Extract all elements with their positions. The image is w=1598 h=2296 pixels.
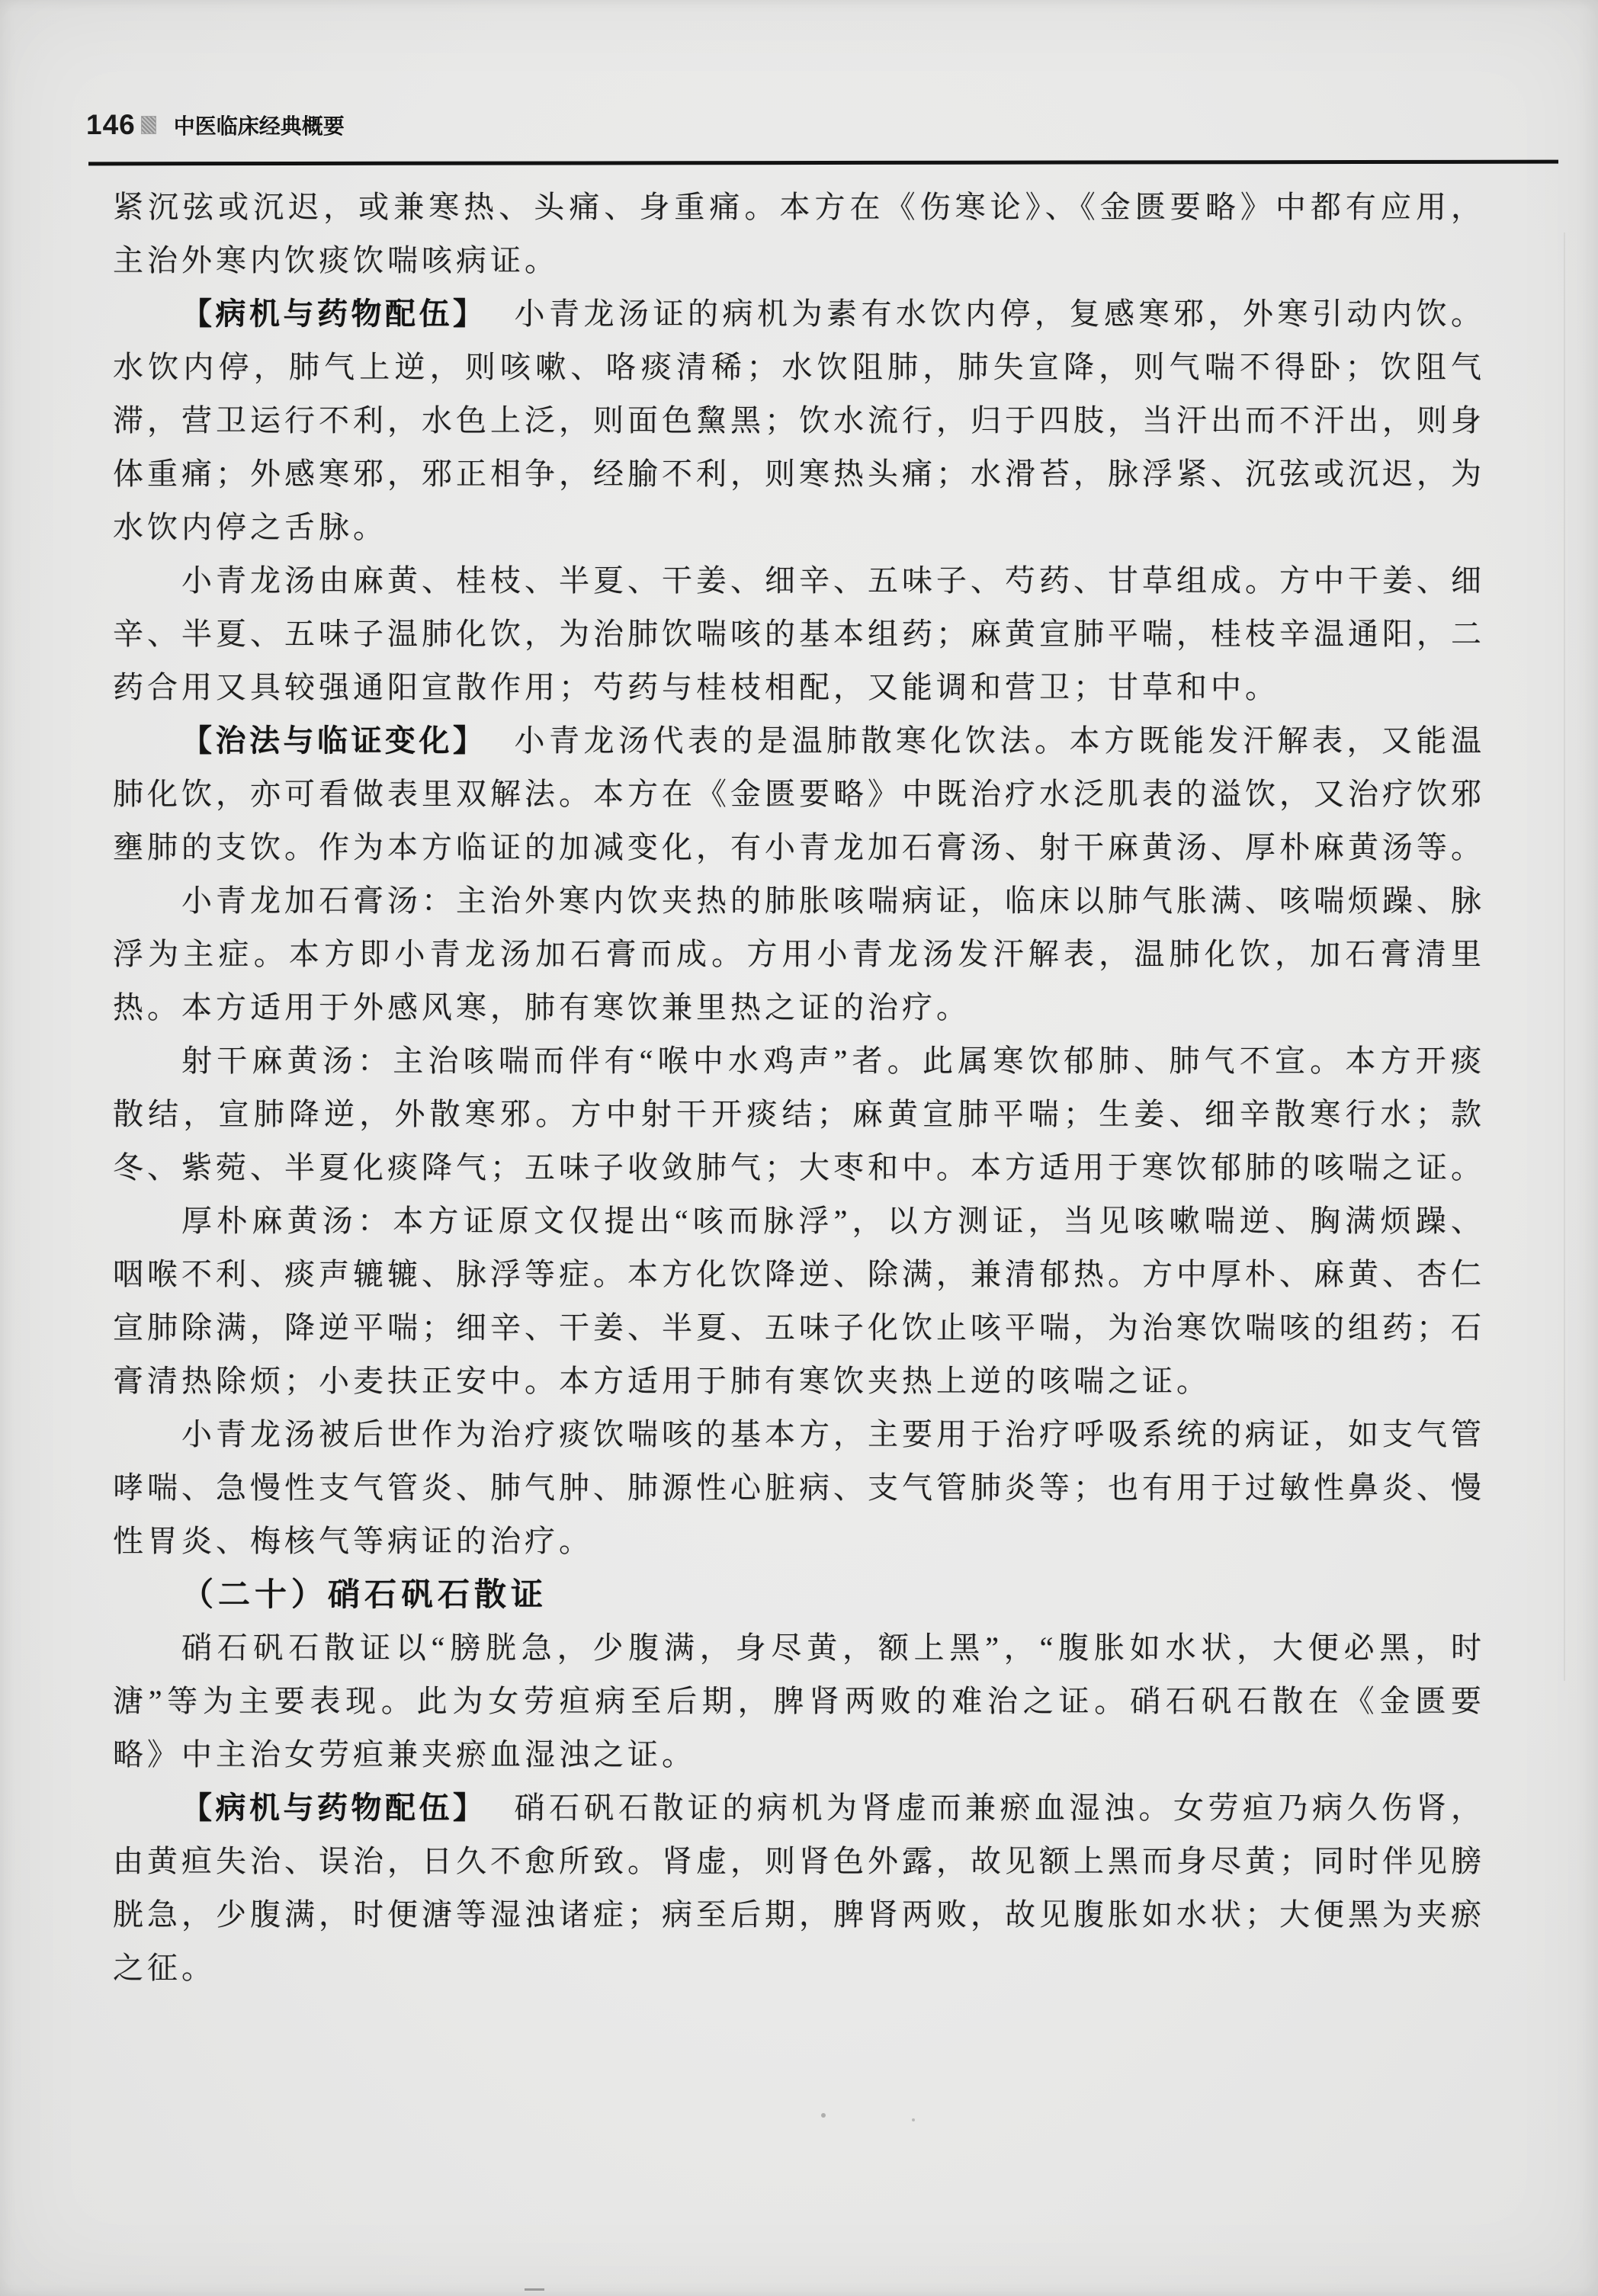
paragraph-text: 射干麻黄汤：主治咳喘而伴有“喉中水鸡声”者。此属寒饮郁肺、肺气不宣。本方开痰散结… bbox=[113, 1044, 1485, 1185]
paragraph: 小青龙汤由麻黄、桂枝、半夏、干姜、细辛、五味子、芍药、甘草组成。方中干姜、细辛、… bbox=[113, 554, 1485, 714]
header-ornament-icon bbox=[141, 116, 156, 134]
paragraph-text: 小青龙汤证的病机为素有水饮内停，复感寒邪，外寒引动内饮。水饮内停，肺气上逆，则咳… bbox=[113, 297, 1485, 544]
paragraph: 厚朴麻黄汤：本方证原文仅提出“咳而脉浮”，以方测证，当见咳嗽喘逆、胸满烦躁、咽喉… bbox=[113, 1194, 1485, 1408]
paragraph: 射干麻黄汤：主治咳喘而伴有“喉中水鸡声”者。此属寒饮郁肺、肺气不宣。本方开痰散结… bbox=[113, 1034, 1485, 1194]
paragraph-continuation: 紧沉弦或沉迟，或兼寒热、头痛、身重痛。本方在《伤寒论》、《金匮要略》中都有应用，… bbox=[113, 181, 1485, 287]
page-number: 146 bbox=[86, 109, 136, 141]
section-heading: （二十）硝石矾石散证 bbox=[113, 1568, 1485, 1621]
paragraph-text: 硝石矾石散证以“膀胱急，少腹满，身尽黄，额上黑”，“腹胀如水状，大便必黑，时溏”… bbox=[113, 1631, 1485, 1772]
paragraph-text: 小青龙汤被后世作为治疗痰饮喘咳的基本方，主要用于治疗呼吸系统的病证，如支气管哮喘… bbox=[113, 1417, 1485, 1558]
paragraph-text: 厚朴麻黄汤：本方证原文仅提出“咳而脉浮”，以方测证，当见咳嗽喘逆、胸满烦躁、咽喉… bbox=[113, 1204, 1485, 1398]
scan-artifact-dash bbox=[525, 2288, 544, 2291]
paragraph-text: 紧沉弦或沉迟，或兼寒热、头痛、身重痛。本方在《伤寒论》、《金匮要略》中都有应用，… bbox=[113, 190, 1485, 277]
paragraph: 小青龙汤被后世作为治疗痰饮喘咳的基本方，主要用于治疗呼吸系统的病证，如支气管哮喘… bbox=[113, 1408, 1485, 1568]
scan-artifact-line bbox=[1564, 232, 1565, 1681]
section-label: 【病机与药物配伍】 bbox=[181, 1791, 487, 1825]
page-header: 146 中医临床经典概要 bbox=[86, 109, 345, 141]
paragraph: 硝石矾石散证以“膀胱急，少腹满，身尽黄，额上黑”，“腹胀如水状，大便必黑，时溏”… bbox=[113, 1621, 1485, 1781]
page-body: 紧沉弦或沉迟，或兼寒热、头痛、身重痛。本方在《伤寒论》、《金匮要略》中都有应用，… bbox=[113, 181, 1485, 1995]
section-label: 【病机与药物配伍】 bbox=[181, 297, 487, 331]
running-head-title: 中医临床经典概要 bbox=[174, 110, 345, 140]
paragraph-text: 小青龙加石膏汤：主治外寒内饮夹热的肺胀咳喘病证，临床以肺气胀满、咳喘烦躁、脉浮为… bbox=[113, 883, 1485, 1025]
section-label: 【治法与临证变化】 bbox=[181, 724, 487, 758]
paragraph: 小青龙加石膏汤：主治外寒内饮夹热的肺胀咳喘病证，临床以肺气胀满、咳喘烦躁、脉浮为… bbox=[113, 874, 1485, 1034]
paragraph: 【病机与药物配伍】小青龙汤证的病机为素有水饮内停，复感寒邪，外寒引动内饮。水饮内… bbox=[113, 287, 1485, 554]
scanned-book-page: 146 中医临床经典概要 紧沉弦或沉迟，或兼寒热、头痛、身重痛。本方在《伤寒论》… bbox=[0, 0, 1598, 2296]
paragraph: 【病机与药物配伍】硝石矾石散证的病机为肾虚而兼瘀血湿浊。女劳疸乃病久伤肾，由黄疸… bbox=[113, 1781, 1485, 1995]
header-rule bbox=[88, 160, 1558, 166]
paragraph-text: 小青龙汤由麻黄、桂枝、半夏、干姜、细辛、五味子、芍药、甘草组成。方中干姜、细辛、… bbox=[113, 563, 1485, 704]
paragraph: 【治法与临证变化】小青龙汤代表的是温肺散寒化饮法。本方既能发汗解表，又能温肺化饮… bbox=[113, 714, 1485, 874]
scan-artifact-speck bbox=[821, 2113, 826, 2118]
scan-artifact-speck bbox=[912, 2118, 915, 2121]
